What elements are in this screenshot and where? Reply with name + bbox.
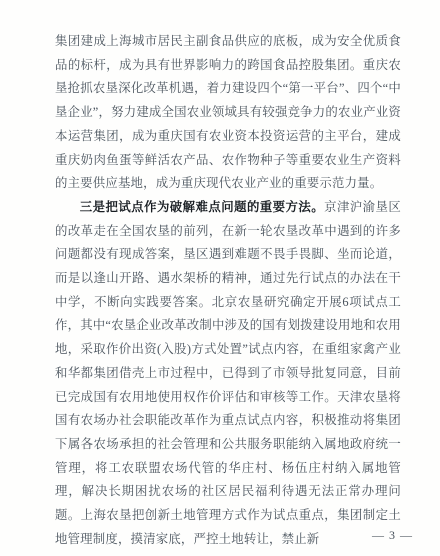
page-number: — 3 — xyxy=(372,528,413,542)
paragraph-section-three: 三是把试点作为破解难点问题的重要方法。京津沪渝垦区的改革走在全国农垦的前列，在新… xyxy=(55,196,401,552)
paragraph-text: 京津沪渝垦区的改革走在全国农垦的前列，在新一轮农垦改革中遇到的许多问题都没有现成… xyxy=(55,200,401,546)
document-body: 集团建成上海城市居民主副食品供应的底板，成为安全优质食品的标杆，成为具有世界影响… xyxy=(55,30,401,551)
paragraph-bold-lead: 三是把试点作为破解难点问题的重要方法。 xyxy=(80,200,324,214)
paragraph-continuation: 集团建成上海城市居民主副食品供应的底板，成为安全优质食品的标杆，成为具有世界影响… xyxy=(55,30,401,196)
page-footer: — 3 — xyxy=(0,528,440,543)
document-page: 集团建成上海城市居民主副食品供应的底板，成为安全优质食品的标杆，成为具有世界影响… xyxy=(0,0,440,556)
paragraph-text: 集团建成上海城市居民主副食品供应的底板，成为安全优质食品的标杆，成为具有世界影响… xyxy=(55,34,401,190)
